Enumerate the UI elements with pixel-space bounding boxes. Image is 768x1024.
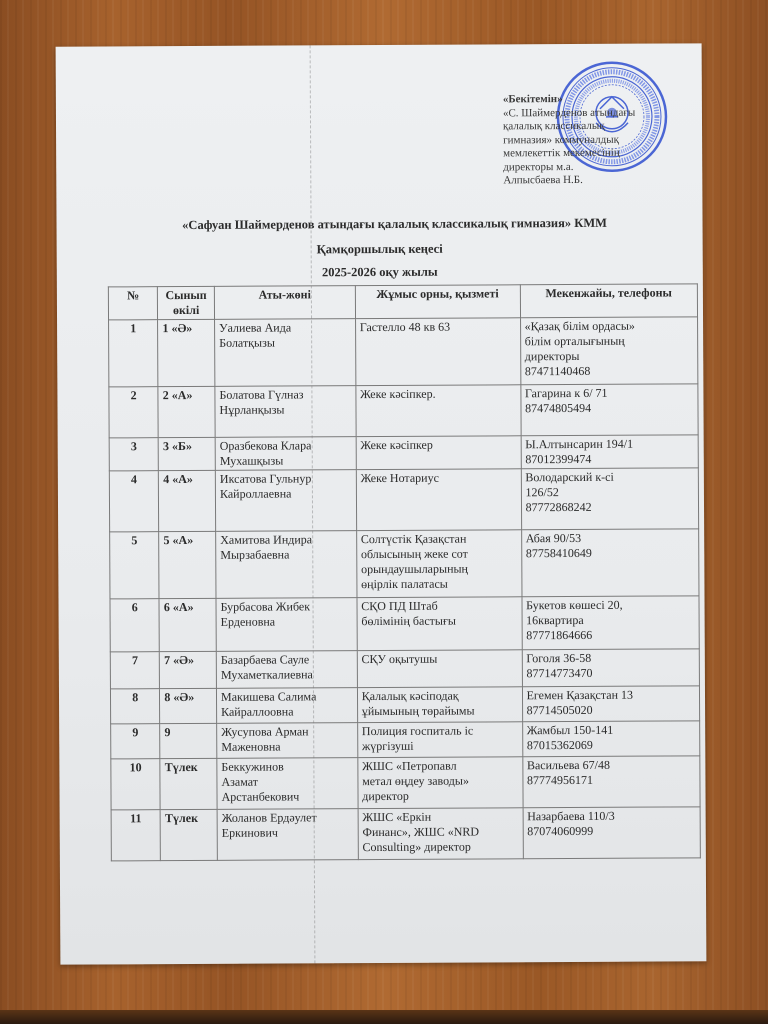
cell-workplace-line: Полиция госпиталь іс xyxy=(362,723,518,739)
approval-line: гимназия» коммуналдық xyxy=(503,133,703,148)
header-name: Аты-жөні xyxy=(214,286,355,320)
cell-contact-line: 87012399474 xyxy=(525,451,694,467)
cell-class: Түлек xyxy=(160,809,217,860)
cell-contact-line: 87714505020 xyxy=(527,702,696,718)
council-members-table: № Сынып өкілі Аты-жөні Жұмыс орны, қызме… xyxy=(108,283,701,861)
table-row: 77 «Ә»Базарбаева СаулеМухаметкалиевнаСҚУ… xyxy=(110,649,699,689)
cell-contact-line: Жамбыл 150-141 xyxy=(527,722,696,738)
cell-name-line: Еркинович xyxy=(222,825,354,841)
cell-name-line: Маженовна xyxy=(221,739,353,755)
cell-name-line: Бурбасова Жибек xyxy=(221,599,353,615)
cell-workplace-line: Жеке кәсіпкер. xyxy=(360,386,516,402)
cell-name: Макишева СалимаКайраллоовна xyxy=(216,688,357,724)
cell-workplace: СҚО ПД Штаббөлімінің бастығы xyxy=(357,597,522,651)
cell-contact-line: 87758410649 xyxy=(526,545,695,561)
cell-number: 4 xyxy=(109,471,159,532)
cell-contact: Жамбыл 150-14187015362069 xyxy=(522,721,700,757)
cell-class: 4 «А» xyxy=(159,470,216,531)
cell-name: БеккужиновАзаматАрстанбекович xyxy=(217,758,358,810)
cell-number: 3 xyxy=(109,438,159,471)
approval-line: «С. Шаймерденов атындағы xyxy=(503,106,703,121)
cell-name-line: Нұрланқызы xyxy=(219,402,351,418)
cell-name-line: Ерденовна xyxy=(221,614,353,630)
cell-contact-line: Гоголя 36-58 xyxy=(526,650,695,666)
cell-contact-line: 126/52 xyxy=(525,484,694,500)
cell-workplace-line: Гастелло 48 кв 63 xyxy=(360,319,516,335)
cell-name: Болатова ГүлназНұрланқызы xyxy=(215,386,356,438)
cell-workplace-line: метал өңдеу заводы» xyxy=(362,773,518,789)
cell-contact-line: Егемен Қазақстан 13 xyxy=(527,687,696,703)
cell-contact-line: 87074060999 xyxy=(527,823,696,839)
cell-contact-line: 87771864666 xyxy=(526,627,695,643)
cell-class: Түлек xyxy=(160,758,217,809)
cell-workplace: Гастелло 48 кв 63 xyxy=(355,318,520,386)
cell-class: 5 «А» xyxy=(159,531,216,598)
cell-number: 8 xyxy=(110,689,160,724)
cell-contact-line: 16квартира xyxy=(526,612,695,628)
cell-contact-line: 87015362069 xyxy=(527,737,696,753)
header-class: Сынып өкілі xyxy=(158,286,215,319)
cell-workplace-line: Consulting» директор xyxy=(362,839,518,855)
cell-name: Иксатова ГульнурКайроллаевна xyxy=(215,470,356,532)
cell-class: 3 «Б» xyxy=(158,437,215,470)
cell-class: 8 «Ә» xyxy=(160,688,217,723)
cell-workplace: Полиция госпиталь ісжүргізуші xyxy=(357,722,522,758)
approval-block: «Бекітемін» «С. Шаймерденов атындағы қал… xyxy=(503,92,703,188)
header-workplace: Жұмыс орны, қызметі xyxy=(355,285,520,319)
cell-workplace: ЖШС «ЕркінФинанс», ЖШС «NRDConsulting» д… xyxy=(358,808,523,860)
cell-workplace-line: жүргізуші xyxy=(362,738,518,754)
table-row: 33 «Б»Оразбекова КлараМухашқызыЖеке кәсі… xyxy=(109,435,698,471)
cell-class: 9 xyxy=(160,723,217,758)
cell-workplace-line: орындаушыларының xyxy=(361,561,517,577)
cell-contact-line: 87772868242 xyxy=(526,499,695,515)
cell-name: Жоланов ЕрдәулетЕркинович xyxy=(217,809,358,861)
approval-line: қалалық классикалық xyxy=(503,119,703,134)
council-name: Қамқоршылық кеңесі xyxy=(57,240,703,258)
cell-contact-line: Букетов көшесі 20, xyxy=(526,597,695,613)
cell-contact-line: 87714773470 xyxy=(526,665,695,681)
approval-line: мемлекеттік мекемесінің xyxy=(503,146,703,161)
cell-contact-line: Володарский к-сі xyxy=(525,469,694,485)
cell-name: Оразбекова КлараМухашқызы xyxy=(215,437,356,471)
cell-contact-line: білім орталығының xyxy=(525,333,694,349)
cell-contact: Букетов көшесі 20,16квартира87771864666 xyxy=(522,596,700,650)
cell-contact-line: Ы.Алтынсарин 194/1 xyxy=(525,436,694,452)
cell-number: 7 xyxy=(110,652,160,689)
cell-workplace: СҚУ оқытушы xyxy=(357,650,522,688)
cell-workplace-line: ЖШС «Петропавл xyxy=(362,758,518,774)
cell-name-line: Арстанбекович xyxy=(222,789,354,805)
cell-number: 5 xyxy=(110,532,160,599)
cell-contact-line: Назарбаева 110/3 xyxy=(527,808,696,824)
desk-edge xyxy=(0,1010,768,1024)
cell-contact-line: «Қазақ білім ордасы» xyxy=(525,318,694,334)
cell-workplace-line: Жеке Нотариус xyxy=(361,470,517,486)
table-header-row: № Сынып өкілі Аты-жөні Жұмыс орны, қызме… xyxy=(108,284,697,320)
academic-year: 2025-2026 оқу жылы xyxy=(57,263,703,281)
cell-name: Жусупова АрманМаженовна xyxy=(217,723,358,759)
cell-name-line: Болатова Гүлназ xyxy=(219,387,351,403)
cell-class: 6 «А» xyxy=(159,598,216,651)
cell-name-line: Уалиева Аида xyxy=(219,320,351,336)
cell-workplace: Жеке кәсіпкер. xyxy=(356,385,521,437)
document-title: «Сафуан Шаймерденов атындағы қалалық кла… xyxy=(57,215,703,281)
cell-name-line: Мухаметкалиевна xyxy=(221,667,353,683)
cell-name-line: Беккужинов xyxy=(221,759,353,775)
cell-name-line: Мухашқызы xyxy=(220,453,352,469)
cell-name-line: Жусупова Арман xyxy=(221,724,353,740)
cell-name-line: Оразбекова Клара xyxy=(220,438,352,454)
cell-contact-line: директоры xyxy=(525,348,694,364)
cell-contact-line: Абая 90/53 xyxy=(526,530,695,546)
cell-name-line: Жоланов Ердәулет xyxy=(222,810,354,826)
cell-contact-line: Гагарина к 6/ 71 xyxy=(525,385,694,401)
cell-contact-line: 87774956171 xyxy=(527,772,696,788)
approval-line: директоры м.а. xyxy=(503,160,703,175)
cell-name-line: Базарбаева Сауле xyxy=(221,652,353,668)
table-row: 99Жусупова АрманМаженовнаПолиция госпита… xyxy=(111,721,700,759)
cell-name-line: Болатқызы xyxy=(219,335,351,351)
cell-number: 2 xyxy=(109,387,159,438)
cell-workplace-line: облысының жеке сот xyxy=(361,546,517,562)
cell-workplace: Қалалық кәсіподақұйымының төрайымы xyxy=(357,687,522,723)
cell-contact: Васильева 67/4887774956171 xyxy=(522,756,700,808)
cell-name-line: Иксатова Гульнур xyxy=(220,471,352,487)
cell-contact: «Қазақ білім ордасы»білім орталығыныңдир… xyxy=(520,317,698,385)
cell-workplace-line: ЖШС «Еркін xyxy=(362,809,518,825)
cell-name-line: Мырзабаевна xyxy=(220,547,352,563)
table-row: 44 «А»Иксатова ГульнурКайроллаевнаЖеке Н… xyxy=(109,468,698,532)
cell-contact: Гоголя 36-5887714773470 xyxy=(522,649,700,687)
cell-workplace: Жеке кәсіпкер xyxy=(356,436,521,470)
table-row: 88 «Ә»Макишева СалимаКайраллоовнаҚалалық… xyxy=(110,686,699,724)
approval-heading: «Бекітемін» xyxy=(503,92,703,107)
table-row: 11 «Ә»Уалиева АидаБолатқызыГастелло 48 к… xyxy=(109,317,698,387)
cell-contact: Ы.Алтынсарин 194/187012399474 xyxy=(521,435,699,469)
header-number: № xyxy=(108,287,158,320)
cell-contact: Назарбаева 110/387074060999 xyxy=(523,807,701,859)
cell-class: 2 «А» xyxy=(158,386,215,437)
cell-workplace-line: СҚУ оқытушы xyxy=(361,651,517,667)
cell-contact-line: 87474805494 xyxy=(525,400,694,416)
cell-workplace-line: СҚО ПД Штаб xyxy=(361,598,517,614)
approval-line: Алпысбаева Н.Б. xyxy=(503,173,703,188)
cell-workplace-line: Қалалық кәсіподақ xyxy=(362,688,518,704)
cell-workplace-line: өңірлік палатасы xyxy=(361,576,517,592)
cell-contact: Абая 90/5387758410649 xyxy=(521,529,699,597)
cell-workplace-line: Жеке кәсіпкер xyxy=(360,437,516,453)
cell-workplace-line: Солтүстік Қазақстан xyxy=(361,531,517,547)
cell-name-line: Макишева Салима xyxy=(221,689,353,705)
cell-name-line: Хамитова Индира xyxy=(220,532,352,548)
cell-workplace-line: директор xyxy=(362,788,518,804)
document-page: «Бекітемін» «С. Шаймерденов атындағы қал… xyxy=(56,43,707,964)
cell-name-line: Кайроллаевна xyxy=(220,486,352,502)
cell-workplace: Жеке Нотариус xyxy=(356,469,521,531)
cell-contact: Гагарина к 6/ 7187474805494 xyxy=(520,384,698,436)
cell-number: 6 xyxy=(110,599,160,652)
cell-name-line: Кайраллоовна xyxy=(221,704,353,720)
cell-name: Хамитова ИндираМырзабаевна xyxy=(216,531,357,599)
cell-workplace-line: Финанс», ЖШС «NRD xyxy=(362,824,518,840)
cell-number: 11 xyxy=(111,810,161,861)
cell-workplace-line: ұйымының төрайымы xyxy=(362,703,518,719)
cell-number: 10 xyxy=(111,759,161,810)
cell-name: Уалиева АидаБолатқызы xyxy=(215,319,356,387)
table-row: 22 «А»Болатова ГүлназНұрланқызыЖеке кәсі… xyxy=(109,384,698,438)
cell-contact: Егемен Қазақстан 1387714505020 xyxy=(522,686,700,722)
table-row: 66 «А»Бурбасова ЖибекЕрденовнаСҚО ПД Шта… xyxy=(110,596,699,652)
cell-contact-line: Васильева 67/48 xyxy=(527,757,696,773)
organization-name: «Сафуан Шаймерденов атындағы қалалық кла… xyxy=(87,215,703,233)
cell-contact-line: 87471140468 xyxy=(525,363,694,379)
cell-name: Бурбасова ЖибекЕрденовна xyxy=(216,598,357,652)
cell-contact: Володарский к-сі126/5287772868242 xyxy=(521,468,699,530)
cell-name-line: Азамат xyxy=(221,774,353,790)
cell-number: 1 xyxy=(109,320,159,387)
cell-class: 1 «Ә» xyxy=(158,319,215,386)
table-row: 10ТүлекБеккужиновАзаматАрстанбековичЖШС … xyxy=(111,756,700,810)
table-row: 55 «А»Хамитова ИндираМырзабаевнаСолтүсті… xyxy=(110,529,699,599)
cell-name: Базарбаева СаулеМухаметкалиевна xyxy=(216,651,357,689)
table-row: 11ТүлекЖоланов ЕрдәулетЕркиновичЖШС «Ерк… xyxy=(111,807,700,861)
cell-workplace-line: бөлімінің бастығы xyxy=(361,613,517,629)
cell-number: 9 xyxy=(111,724,161,759)
cell-class: 7 «Ә» xyxy=(160,651,217,688)
cell-workplace: ЖШС «Петропавлметал өңдеу заводы»директо… xyxy=(358,757,523,809)
cell-workplace: Солтүстік Қазақстаноблысының жеке соторы… xyxy=(356,530,521,598)
header-contact: Мекенжайы, телефоны xyxy=(520,284,698,318)
